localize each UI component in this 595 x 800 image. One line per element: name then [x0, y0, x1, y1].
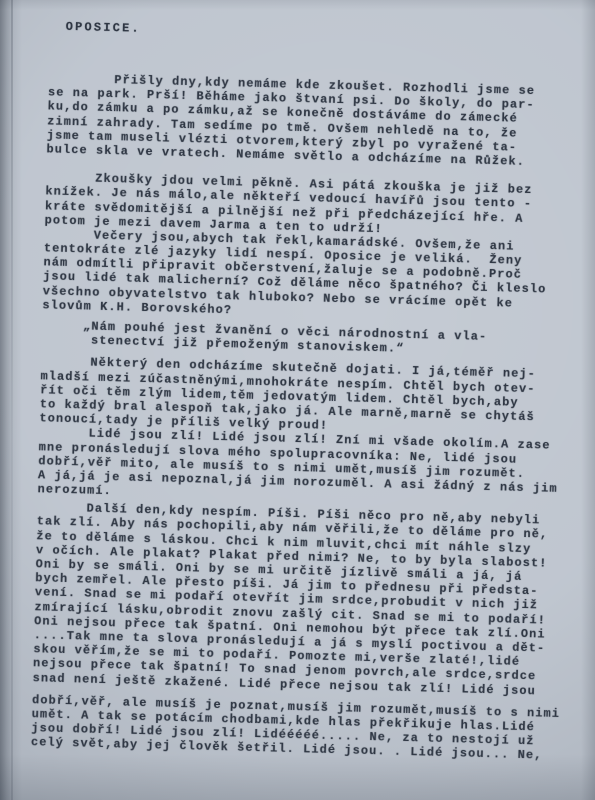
photographed-document: { "colors": { "paper": "#bcc3cd", "paper…	[0, 0, 595, 800]
typewritten-text-block: Přišly dny,kdy nemáme kde zkoušet. Rozho…	[31, 71, 594, 763]
document-title: OPOSICE.	[66, 20, 595, 48]
paper-sheet: OPOSICE. Přišly dny,kdy nemáme kde zkouš…	[0, 0, 595, 800]
